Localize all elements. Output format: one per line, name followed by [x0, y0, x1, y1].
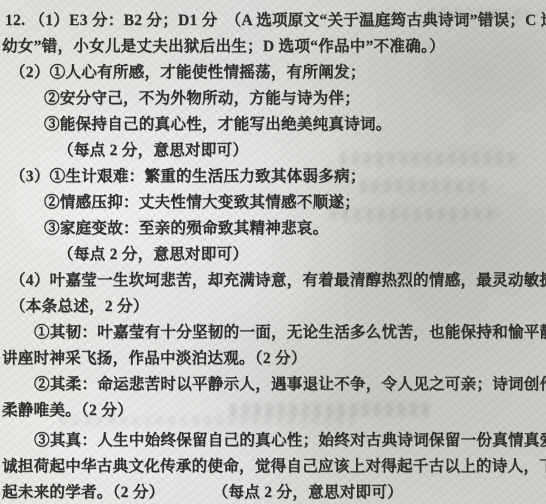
answer-line-q12-4-point1-cont: 讲座时神采飞扬，作品中淡泊达观。（2 分）	[0, 346, 546, 372]
answer-line-q12-1: 12. （1）E3 分：B2 分；D1 分 （A 选项原文“关于温庭筠古典诗词”…	[0, 8, 546, 34]
answer-line-q12-4-point2-cont: 柔静唯美。（2 分）	[0, 398, 546, 424]
answer-line-q12-4-point2: ②其柔：命运悲苦时以平静示人，遇事退让不争，令人见之可亲；诗词创作及讲述	[0, 372, 546, 398]
scanned-answer-key-page: 12. （1）E3 分：B2 分；D1 分 （A 选项原文“关于温庭筠古典诗词”…	[0, 0, 546, 504]
answer-line-q12-3-point1: （3）①生计艰难：繁重的生活压力致其体弱多病；	[0, 164, 546, 190]
answer-key-text-block: 12. （1）E3 分：B2 分；D1 分 （A 选项原文“关于温庭筠古典诗词”…	[0, 0, 546, 504]
answer-line-q12-4-point3-cont: 诚担荷起中华古典文化传承的使命，觉得自己应该上对得起千古以上的诗人，下对得	[0, 454, 546, 480]
answer-line-q12-3-point3: ③家庭变故：至亲的殒命致其精神悲哀。	[0, 216, 546, 242]
scoring-note-q12-4: （每点 2 分，意思对即可）	[220, 484, 402, 501]
answer-line-q12-4-point1: ①其韧：叶嘉莹有十分坚韧的一面，无论生活多么忧苦，也能保持和愉平静的风度，	[0, 320, 546, 346]
answer-line-q12-4-point3-end: 起未来的学者。（2 分）（每点 2 分，意思对即可）	[0, 480, 546, 504]
scoring-note-q12-2: （每点 2 分，意思对即可）	[0, 138, 546, 164]
answer-line-q12-3-point2: ②情感压抑：丈夫性情大变致其情感不顺遂；	[0, 190, 546, 216]
answer-line-q12-4-summary: （4）叶嘉莹一生坎坷悲苦，却充满诗意，有着最清醇热烈的情感，最灵动敏捷的才思。	[0, 268, 546, 294]
answer-line-final-left: 起未来的学者。（2 分）	[2, 484, 164, 501]
answer-line-q12-2-point3: ③能保持自己的真心性，才能写出绝美纯真诗词。	[0, 112, 546, 138]
answer-line-q12-2-point1: （2）①人心有所感，才能使性情摇荡，有所阐发；	[0, 60, 546, 86]
answer-line-q12-4-point3: ③其真：人生中始终保留自己的真心性；始终对古典诗词保留一份真情真爱；真	[0, 428, 546, 454]
scoring-note-q12-3: （每点 2 分，意思对即可）	[0, 242, 546, 268]
scoring-note-q12-4-summary: （本条总述，2 分）	[0, 294, 546, 320]
answer-line-q12-1-cont: 幼女”错，小女儿是丈夫出狱后出生；D 选项“作品中”不准确。）	[0, 34, 546, 60]
answer-line-q12-2-point2: ②安分守己，不为外物所动，方能与诗为伴；	[0, 86, 546, 112]
